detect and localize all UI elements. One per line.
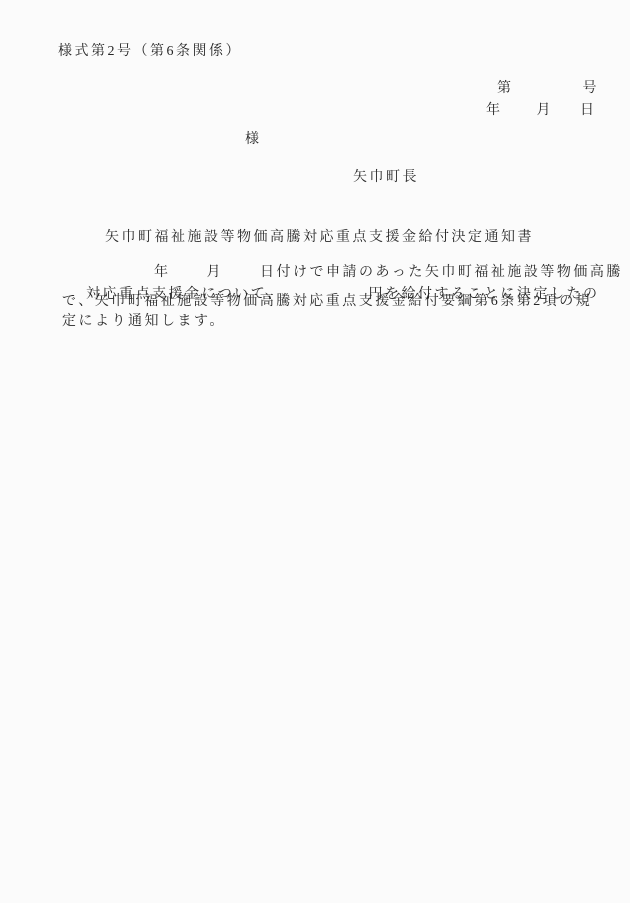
form-number: 様式第2号（第6条関係） xyxy=(58,45,242,59)
date-line: 年月日 xyxy=(462,90,597,132)
document-page: 様式第2号（第6条関係） 第号 年月日 様 矢巾町長 矢巾町福祉施設等物価高騰対… xyxy=(0,0,630,903)
addressee-honorific: 様 xyxy=(245,133,262,147)
date-year-blank xyxy=(503,113,537,114)
date-month-blank xyxy=(553,113,580,114)
sender-title: 矢巾町長 xyxy=(353,171,419,185)
body-line-4: 定により通知します。 xyxy=(62,315,226,329)
date-month-label: 月 xyxy=(537,103,554,118)
date-day-label: 日 xyxy=(580,103,597,118)
document-title: 矢巾町福祉施設等物価高騰対応重点支援金給付決定通知書 xyxy=(105,231,534,245)
body-line-3: で、矢巾町福祉施設等物価高騰対応重点支援金給付要綱第6条第2項の規 xyxy=(62,295,592,309)
date-year-label: 年 xyxy=(486,103,503,118)
